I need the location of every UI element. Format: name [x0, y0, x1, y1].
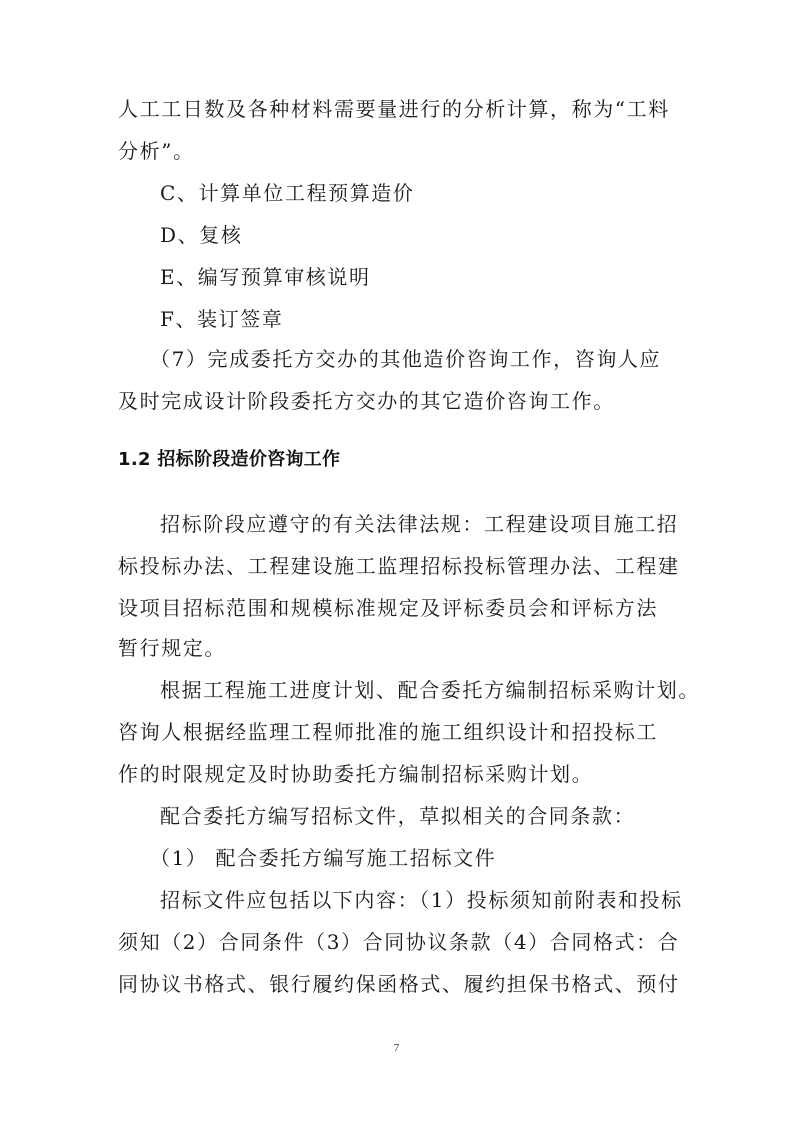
list-item-f: F、装订签章	[160, 306, 283, 332]
paragraph-line: 配合委托方编写招标文件，草拟相关的合同条款：	[160, 803, 635, 829]
paragraph-line: 暂行规定。	[118, 635, 226, 661]
paragraph-line: 人工工日数及各种材料需要量进行的分析计算，称为“工料	[118, 96, 670, 122]
paragraph-line: 招标文件应包括以下内容：（1）投标须知前附表和投标	[160, 887, 683, 913]
list-item-1: （1） 配合委托方编写施工招标文件	[150, 845, 496, 871]
paragraph-line: 作的时限规定及时协助委托方编制招标采购计划。	[118, 761, 593, 787]
list-item-c: C、计算单位工程预算造价	[160, 180, 415, 206]
list-item-e: E、编写预算审核说明	[160, 264, 371, 290]
paragraph-line: 咨询人根据经监理工程师批准的施工组织设计和招投标工	[118, 719, 658, 745]
paragraph-line: 须知（2）合同条件（3）合同协议条款（4）合同格式：合	[118, 929, 679, 955]
paragraph-line: 招标阶段应遵守的有关法律法规：工程建设项目施工招	[160, 511, 678, 537]
paragraph-line: 标投标办法、工程建设施工监理招标投标管理办法、工程建	[118, 553, 680, 579]
paragraph-line: 分析”。	[118, 138, 195, 164]
paragraph-line: （7）完成委托方交办的其他造价咨询工作，咨询人应	[150, 346, 661, 372]
section-heading: 1.2 招标阶段造价咨询工作	[118, 448, 340, 472]
paragraph-line: 及时完成设计阶段委托方交办的其它造价咨询工作。	[118, 388, 615, 414]
paragraph-line: 根据工程施工进度计划、配合委托方编制招标采购计划。	[160, 677, 700, 703]
paragraph-line: 同协议书格式、银行履约保函格式、履约担保书格式、预付	[118, 971, 680, 997]
paragraph-line: 设项目招标范围和规模标准规定及评标委员会和评标方法	[118, 595, 658, 621]
list-item-d: D、复核	[160, 222, 242, 248]
document-page: 人工工日数及各种材料需要量进行的分析计算，称为“工料 分析”。 C、计算单位工程…	[0, 0, 793, 1122]
page-number: 7	[0, 1042, 793, 1054]
